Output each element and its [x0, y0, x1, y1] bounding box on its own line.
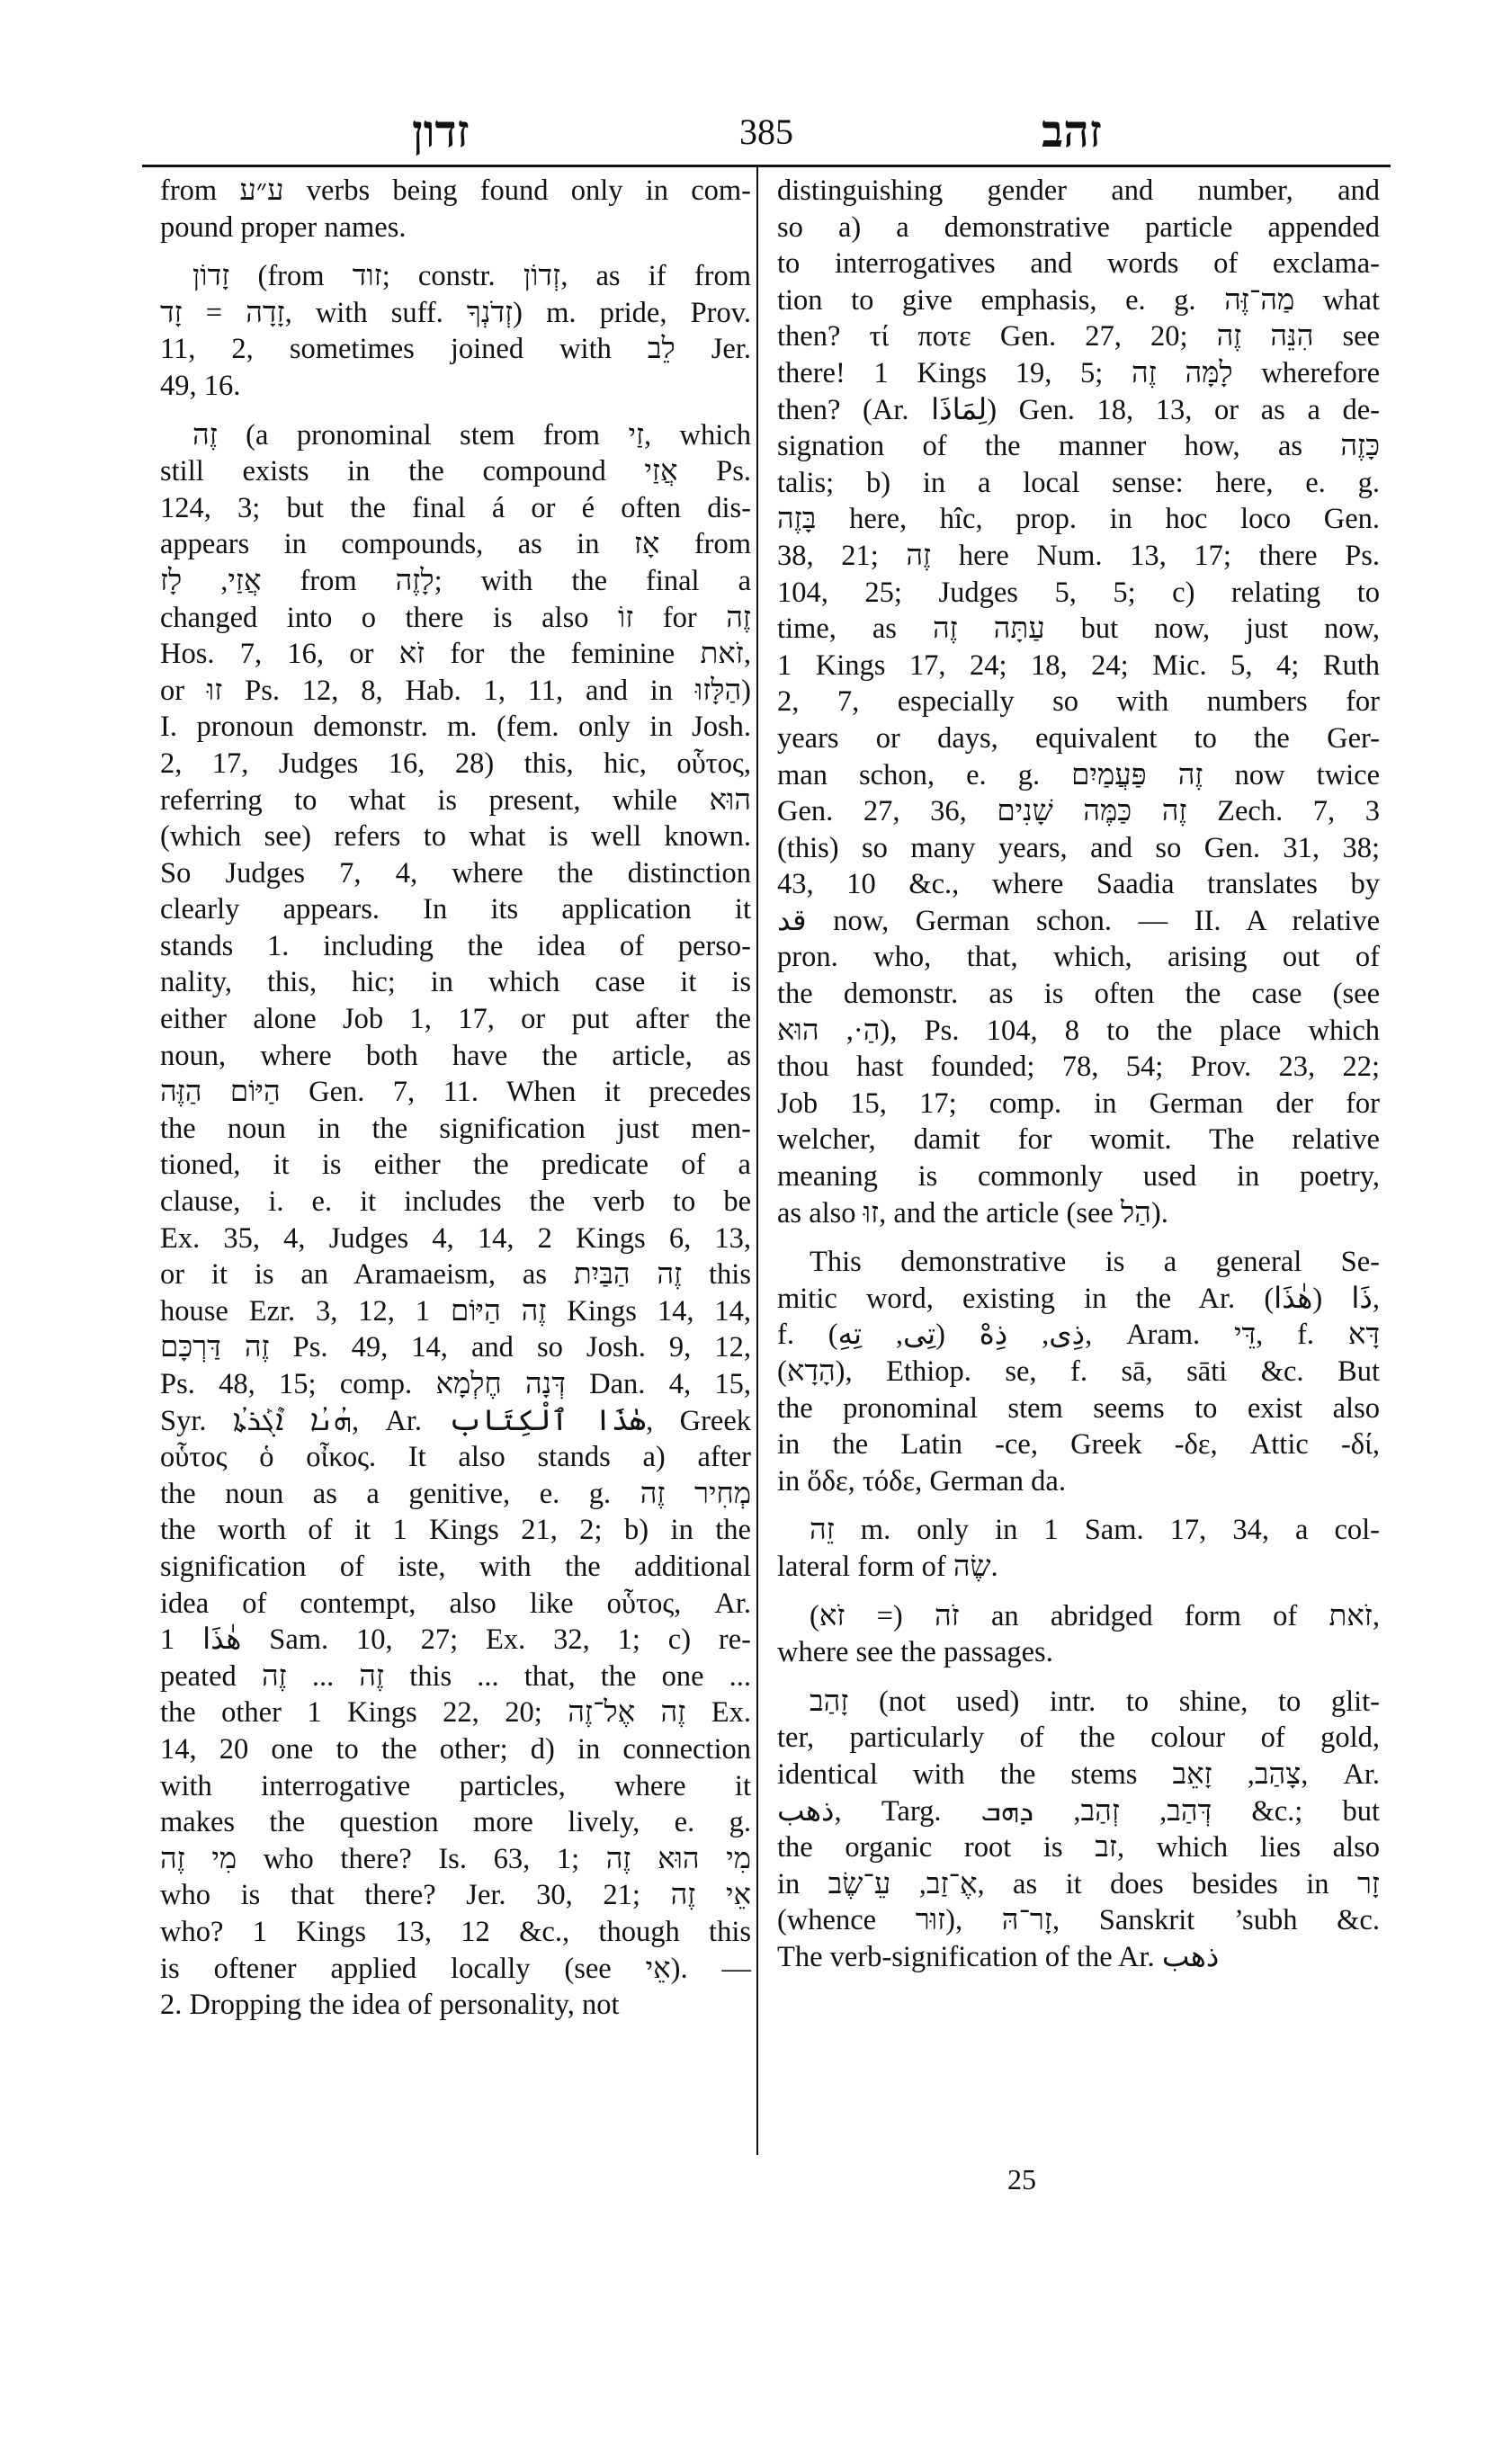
text-line: ذهب, Targ. דְּהַב, זְהַב, ܕܗܒ &c.; but	[777, 1793, 1380, 1830]
text-line: where see the passages.	[777, 1634, 1380, 1671]
text-line: (הָדָא), Ethiop. se, f. sā, sāti &c. But	[777, 1354, 1380, 1390]
paragraph-gap	[777, 1499, 1380, 1512]
paragraph-gap	[160, 246, 751, 258]
text-line: is oftener applied locally (see אֵי). —	[160, 1951, 751, 1988]
text-line: אֲזַי, לָז from לָזֶה; with the final a	[160, 563, 751, 600]
text-line: f. ذِى, ذِهْ (تِى, تِهِ), Aram. דֵּי, f.…	[777, 1317, 1380, 1354]
text-line: welcher, damit for womit. The relative	[777, 1122, 1380, 1158]
text-line: or it is an Aramaeism, as זֶה הַבַּיִת t…	[160, 1256, 751, 1293]
signature-mark: 25	[1007, 2161, 1036, 2197]
text-line: 14, 20 one to the other; d) in connectio…	[160, 1731, 751, 1768]
page-number: 385	[142, 110, 1391, 155]
text-line: pron. who, that, which, arising out of	[777, 939, 1380, 976]
paragraph-gap	[777, 1231, 1380, 1244]
text-line: who? 1 Kings 13, 12 &c., though this	[160, 1914, 751, 1951]
text-line: man schon, e. g. זֶה פַּעֲמַיִם now twic…	[777, 757, 1380, 794]
text-line: so a) a demonstrative particle appended	[777, 210, 1380, 246]
text-line: 43, 10 &c., where Saadia translates by	[777, 866, 1380, 903]
text-line: Ps. 48, 15; comp. דְּנָה חֶלְמָא Dan. 4,…	[160, 1366, 751, 1403]
text-line: tioned, it is either the predicate of a	[160, 1147, 751, 1184]
running-head-right: זהב	[1042, 106, 1102, 156]
text-line: from ע״ע verbs being found only in com-	[160, 173, 751, 210]
text-line: 11, 2, sometimes joined with לֵב Jer.	[160, 331, 751, 368]
text-line: This demonstrative is a general Se-	[777, 1244, 1380, 1281]
text-line: in the Latin -ce, Greek -δε, Attic -δί,	[777, 1426, 1380, 1463]
text-line: 2, 7, especially so with numbers for	[777, 684, 1380, 720]
text-line: זָדוֹן (from זוד; constr. זְדוֹן, as if …	[160, 258, 751, 295]
text-line: in ὅδε, τόδε, German da.	[777, 1463, 1380, 1500]
text-line: (this) so many years, and so Gen. 31, 38…	[777, 830, 1380, 867]
text-line: signation of the manner how, as כָּזֶה	[777, 428, 1380, 465]
text-line: then? (Ar. لِمَاذَا) Gen. 18, 13, or as …	[777, 392, 1380, 429]
text-line: the noun in the signification just men-	[160, 1111, 751, 1148]
text-line: clearly appears. In its application it	[160, 891, 751, 928]
text-line: identical with the stems צָהַב, זָאֵב, A…	[777, 1757, 1380, 1793]
text-line: or זוּ Ps. 12, 8, Hab. 1, 11, and in הַל…	[160, 673, 751, 710]
text-line: pound proper names.	[160, 210, 751, 246]
text-line: in אֶ־זַב, עֵ־שֶׂב, as it does besides i…	[777, 1866, 1380, 1903]
text-line: meaning is commonly used in poetry,	[777, 1158, 1380, 1195]
header-rule	[142, 165, 1391, 167]
text-line: lateral form of שֶׂה.	[777, 1549, 1380, 1586]
text-line: still exists in the compound אֲזַי Ps.	[160, 453, 751, 490]
right-column: distinguishing gender and number, andso …	[777, 173, 1380, 1976]
text-line: peated זֶה ... זֶה this ... that, the on…	[160, 1659, 751, 1695]
text-line: זָהַב (not used) intr. to shine, to glit…	[777, 1684, 1380, 1721]
text-line: appears in compounds, as in אָז from	[160, 526, 751, 563]
text-line: the organic root is זב, which lies also	[777, 1829, 1380, 1866]
text-line: tion to give emphasis, e. g. מַה־זֶּה wh…	[777, 282, 1380, 319]
text-line: זֹה (= זֹא) an abridged form of זֹאת,	[777, 1598, 1380, 1635]
text-line: Syr. ܗܳܢܳܐ ܐܶܓܰܪܬܳܐ, Ar. هٰذَا ٱلْكِتَاب…	[160, 1403, 751, 1440]
text-line: זֵה m. only in 1 Sam. 17, 34, a col-	[777, 1512, 1380, 1549]
text-line: 38, 21; זֶה here Num. 13, 17; there Ps.	[777, 538, 1380, 575]
text-line: 2. Dropping the idea of personality, not	[160, 1987, 751, 2024]
text-line: זָדָה = זָד, with suff. זְדֹנְךָ) m. pri…	[160, 295, 751, 332]
text-line: signification of iste, with the addition…	[160, 1549, 751, 1586]
text-line: Job 15, 17; comp. in German der for	[777, 1086, 1380, 1122]
text-line: noun, where both have the article, as	[160, 1038, 751, 1075]
text-line: idea of contempt, also like οὗτος, Ar.	[160, 1586, 751, 1623]
text-line: I. pronoun demonstr. m. (fem. only in Jo…	[160, 709, 751, 746]
text-line: to interrogatives and words of exclama-	[777, 246, 1380, 282]
text-line: nality, this, hic; in which case it is	[160, 964, 751, 1001]
text-line: הַ·, הוּא), Ps. 104, 8 to the place whic…	[777, 1013, 1380, 1050]
text-line: Gen. 27, 36, זֶה כַּמֶּה שָׁנִים Zech. 7…	[777, 793, 1380, 830]
paragraph-gap	[777, 1671, 1380, 1684]
text-line: בָּזֶה here, hîc, prop. in hoc loco Gen.	[777, 501, 1380, 538]
page-header: זדון 385 זהב	[142, 99, 1391, 165]
text-line: 1 Kings 17, 24; 18, 24; Mic. 5, 4; Ruth	[777, 648, 1380, 684]
text-line: 104, 25; Judges 5, 5; c) relating to	[777, 575, 1380, 612]
paragraph-gap	[777, 1586, 1380, 1598]
text-line: time, as עַתָּה זֶה but now, just now,	[777, 611, 1380, 648]
text-line: 49, 16.	[160, 368, 751, 405]
text-line: with interrogative particles, where it	[160, 1768, 751, 1805]
text-line: the demonstr. as is often the case (see	[777, 976, 1380, 1013]
text-line: referring to what is present, while הוּא	[160, 782, 751, 819]
text-line: who is that there? Jer. 30, 21; אֵי זֶה	[160, 1877, 751, 1914]
text-line: distinguishing gender and number, and	[777, 173, 1380, 210]
text-line: Ex. 35, 4, Judges 4, 14, 2 Kings 6, 13,	[160, 1221, 751, 1257]
text-line: stands 1. including the idea of perso-	[160, 928, 751, 965]
text-line: the worth of it 1 Kings 21, 2; b) in the	[160, 1512, 751, 1549]
text-line: (whence זוּר), זָר־הּ, Sanskrit ’subh &c…	[777, 1902, 1380, 1939]
text-line: changed into o there is also זוֹ for זֶה	[160, 600, 751, 637]
text-line: οὗτος ὁ οἶκος. It also stands a) after	[160, 1439, 751, 1476]
text-line: house Ezr. 3, 12, זֶה הַיּוֹם 1 Kings 14…	[160, 1293, 751, 1330]
text-line: 2, 17, Judges 16, 28) this, hic, οὗτος,	[160, 746, 751, 782]
text-line: The verb-signification of the Ar. ذهب	[777, 1939, 1380, 1976]
text-line: So Judges 7, 4, where the distinction	[160, 855, 751, 892]
text-line: قد now, German schon. — II. A relative	[777, 903, 1380, 940]
text-line: (which see) refers to what is well known…	[160, 818, 751, 855]
text-line: talis; b) in a local sense: here, e. g.	[777, 465, 1380, 502]
text-line: then? τί ποτε Gen. 27, 20; הִנֵּה זֶה se…	[777, 318, 1380, 355]
text-line: years or days, equivalent to the Ger-	[777, 720, 1380, 757]
text-line: either alone Job 1, 17, or put after the	[160, 1001, 751, 1038]
text-line: ter, particularly of the colour of gold,	[777, 1720, 1380, 1757]
text-line: מִי זֶה who there? Is. 63, 1; מִי הוּא ז…	[160, 1841, 751, 1878]
text-line: the noun as a genitive, e. g. מְחִיר זֶה	[160, 1476, 751, 1513]
text-line: as also זוּ, and the article (see הַל).	[777, 1195, 1380, 1232]
text-line: makes the question more lively, e. g.	[160, 1804, 751, 1841]
text-line: mitic word, existing in the Ar. ذَا (هٰذ…	[777, 1281, 1380, 1318]
paragraph-gap	[160, 405, 751, 417]
text-line: هٰذَا 1 Sam. 10, 27; Ex. 32, 1; c) re-	[160, 1622, 751, 1659]
text-line: the other 1 Kings 22, 20; זֶה אֶל־זֶה Ex…	[160, 1694, 751, 1731]
text-line: the pronominal stem seems to exist also	[777, 1390, 1380, 1427]
text-line: זֶה דַּרְכָּם Ps. 49, 14, and so Josh. 9…	[160, 1329, 751, 1366]
text-line: thou hast founded; 78, 54; Prov. 23, 22;	[777, 1049, 1380, 1086]
text-line: 124, 3; but the final á or é often dis-	[160, 490, 751, 527]
text-line: there! 1 Kings 19, 5; לָמָּה זֶה wherefo…	[777, 355, 1380, 392]
column-divider	[756, 167, 758, 2155]
text-line: Hos. 7, 16, or זֹא for the feminine זֹאת…	[160, 636, 751, 673]
text-line: זֶה (a pronominal stem from זַי, which	[160, 417, 751, 454]
text-line: הַיּוֹם הַזֶּה Gen. 7, 11. When it prece…	[160, 1074, 751, 1111]
text-line: clause, i. e. it includes the verb to be	[160, 1184, 751, 1221]
left-column: from ע״ע verbs being found only in com-p…	[160, 173, 751, 2024]
